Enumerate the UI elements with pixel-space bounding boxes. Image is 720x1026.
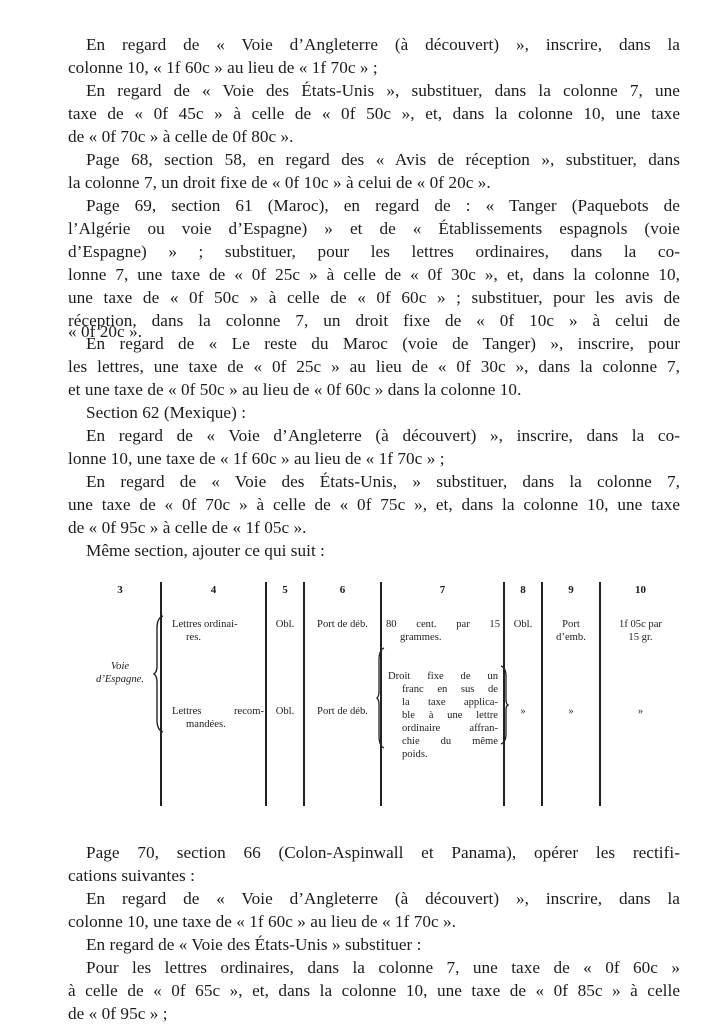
text-line: d’Espagne) » ; substituer, pour les lett…	[68, 241, 680, 264]
section-heading: Section 62 (Mexique) :	[68, 402, 680, 425]
cell-text: d’emb.	[543, 631, 599, 644]
cell-text: Lettres recom-	[172, 705, 264, 718]
text-line: lonne 7, une taxe de « 0f 25c » à celle …	[68, 264, 680, 287]
cell-col8-row1: Obl.	[505, 618, 541, 631]
cell-col7-row2: Droit fixe de un franc en sus de la taxe…	[388, 670, 498, 761]
cell-col4-row1: Lettres ordinai- res.	[172, 618, 264, 644]
column-rule	[541, 582, 543, 806]
cell-text: 80 cent. par 15	[386, 618, 500, 631]
brace-icon	[376, 646, 386, 750]
text-line: En regard de « Voie des États-Unis », su…	[68, 80, 680, 103]
cell-col8-row2: »	[505, 705, 541, 718]
rates-table: 3 4 5 6 7 8 9 10 Voie d’Espagne. Lettres…	[80, 578, 680, 806]
text-line: l’Algérie ou voie d’Espagne) » et de « É…	[68, 218, 680, 241]
column-rule	[303, 582, 305, 806]
text-line: En regard de « Voie des États-Unis » sub…	[68, 934, 680, 957]
group-label-line: Voie	[80, 660, 160, 673]
cell-col10-row2: »	[601, 705, 680, 718]
column-header: 8	[505, 584, 541, 596]
column-header: 9	[543, 584, 599, 596]
text-line: Pour les lettres ordinaires, dans la col…	[68, 957, 680, 980]
text-line: Page 69, section 61 (Maroc), en regard d…	[68, 195, 680, 218]
cell-col6-row2: Port de déb.	[305, 705, 380, 718]
text-line: En regard de « Voie des États-Unis, » su…	[68, 471, 680, 494]
cell-col10-row1: 1f 05c par 15 gr.	[601, 618, 680, 644]
text-line: les lettres, une taxe de « 0f 25c » au l…	[68, 356, 680, 379]
document-page: En regard de « Voie d’Angleterre (à déco…	[0, 0, 720, 1026]
cell-text: ble à une lettre	[388, 709, 498, 722]
text-line: Page 70, section 66 (Colon-Aspinwall et …	[68, 842, 680, 865]
text-line: de « 0f 95c » à celle de « 1f 05c ».	[68, 517, 680, 540]
cell-text: 15 gr.	[601, 631, 680, 644]
column-header: 10	[601, 584, 680, 596]
column-header: 5	[267, 584, 303, 596]
cell-text: Port	[543, 618, 599, 631]
text-line: taxe de « 0f 45c » à celle de « 0f 50c »…	[68, 103, 680, 126]
text-line: colonne 10, « 1f 60c » au lieu de « 1f 7…	[68, 57, 680, 80]
cell-text: mandées.	[172, 718, 264, 731]
cell-text: poids.	[388, 748, 498, 761]
text-line: une taxe de « 0f 50c » à celle de « 0f 6…	[68, 287, 680, 310]
cell-text: grammes.	[386, 631, 500, 644]
text-line: de « 0f 95c » ;	[68, 1003, 680, 1026]
text-line: En regard de « Voie d’Angleterre (à déco…	[68, 34, 680, 57]
cell-text: la taxe applica-	[388, 696, 498, 709]
text-line: de « 0f 70c » à celle de 0f 80c ».	[68, 126, 680, 149]
cell-col9-row2: »	[543, 705, 599, 718]
text-line: colonne 10, une taxe de « 1f 60c » au li…	[68, 911, 680, 934]
column-rule	[265, 582, 267, 806]
text-line: En regard de « Voie d’Angleterre (à déco…	[68, 425, 680, 448]
text-line: et une taxe de « 0f 50c » au lieu de « 0…	[68, 379, 680, 402]
group-label: Voie d’Espagne.	[80, 660, 160, 686]
cell-col9-row1: Port d’emb.	[543, 618, 599, 644]
text-line: à celle de « 0f 65c », et, dans la colon…	[68, 980, 680, 1003]
text-line: la colonne 7, un droit fixe de « 0f 10c …	[68, 172, 680, 195]
text-line: Même section, ajouter ce qui suit :	[68, 540, 680, 563]
column-header: 3	[80, 584, 160, 596]
text-line: cations suivantes :	[68, 865, 680, 888]
text-line: une taxe de « 0f 70c » à celle de « 0f 7…	[68, 494, 680, 517]
column-rule	[599, 582, 601, 806]
cell-col5-row1: Obl.	[267, 618, 303, 631]
group-label-line: d’Espagne.	[80, 673, 160, 686]
cell-col5-row2: Obl.	[267, 705, 303, 718]
cell-col6-row1: Port de déb.	[305, 618, 380, 631]
cell-text: Droit fixe de un	[388, 670, 498, 683]
cell-text: chie du même	[388, 735, 498, 748]
cell-text: 1f 05c par	[601, 618, 680, 631]
cell-text: res.	[172, 631, 264, 644]
cell-text: ordinaire affran-	[388, 722, 498, 735]
text-line: En regard de « Le reste du Maroc (voie d…	[68, 333, 680, 356]
text-line: Page 68, section 58, en regard des « Avi…	[68, 149, 680, 172]
cell-text: Lettres ordinai-	[172, 618, 264, 631]
cell-col4-row2: Lettres recom- mandées.	[172, 705, 264, 731]
cell-text: franc en sus de	[388, 683, 498, 696]
column-header: 4	[162, 584, 265, 596]
column-header: 7	[382, 584, 503, 596]
text-line: En regard de « Voie d’Angleterre (à déco…	[68, 888, 680, 911]
column-header: 6	[305, 584, 380, 596]
brace-icon	[153, 614, 165, 734]
cell-col7-row1: 80 cent. par 15 grammes.	[386, 618, 500, 644]
text-line: lonne 10, une taxe de « 1f 60c » au lieu…	[68, 448, 680, 471]
